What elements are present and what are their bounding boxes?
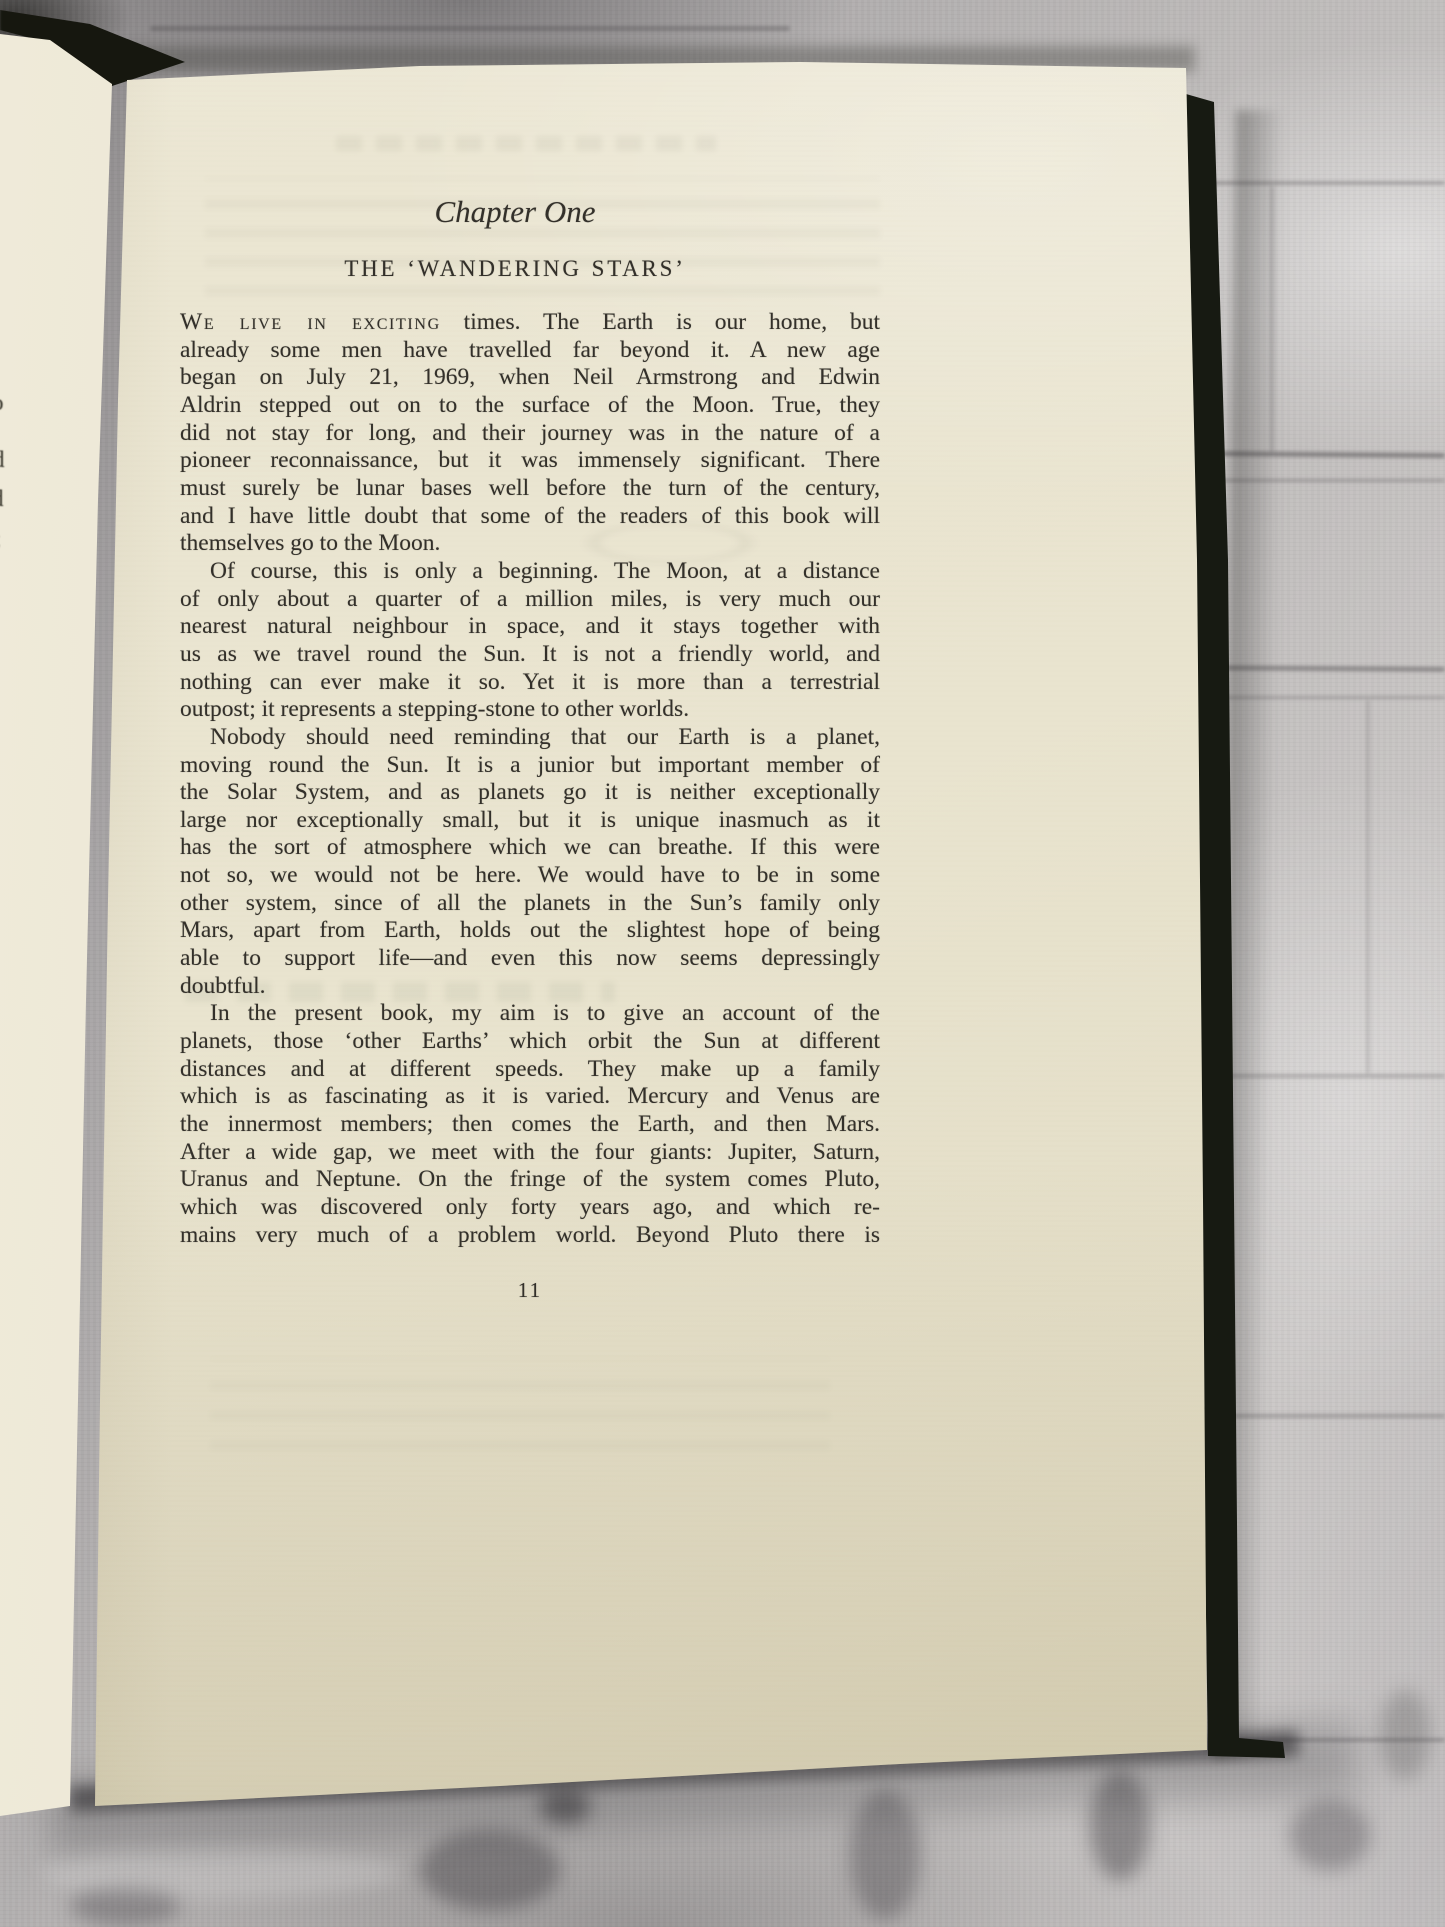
- wall-smudge: [420, 1830, 560, 1910]
- body-line: outpost; it represents a stepping-stone …: [180, 696, 880, 724]
- body-line: and I have little doubt that some of the…: [180, 503, 880, 531]
- body-line: able to support life—and even this now s…: [180, 945, 880, 973]
- body-line: large nor exceptionally small, but it is…: [180, 807, 880, 835]
- small-caps-lead: We live in exciting: [180, 309, 441, 335]
- wall-highlight: [40, 1848, 400, 1898]
- body-line: not so, we would not be here. We would h…: [180, 862, 880, 890]
- mortar-line: [150, 26, 790, 31]
- body-line: us as we travel round the Sun. It is not…: [180, 641, 880, 669]
- body-text: We live in exciting times. The Earth is …: [180, 309, 880, 1249]
- body-line: Uranus and Neptune. On the fringe of the…: [180, 1166, 880, 1194]
- body-line: planets, those ‘other Earths’ which orbi…: [180, 1028, 880, 1056]
- body-line: other system, since of all the planets i…: [180, 890, 880, 918]
- body-line: Of course, this is only a beginning. The…: [180, 558, 880, 586]
- body-line: of only about a quarter of a million mil…: [180, 586, 880, 614]
- body-line: which is as fascinating as it is varied.…: [180, 1083, 880, 1111]
- body-line: In the present book, my aim is to give a…: [180, 1000, 880, 1028]
- body-line: Mars, apart from Earth, holds out the sl…: [180, 917, 880, 945]
- wall-smudge: [1380, 1690, 1430, 1780]
- body-line: which was discovered only forty years ag…: [180, 1194, 880, 1222]
- body-line: We live in exciting times. The Earth is …: [180, 309, 880, 337]
- page-number: 11: [180, 1278, 880, 1303]
- body-line: Nobody should need reminding that our Ea…: [180, 724, 880, 752]
- body-line: began on July 21, 1969, when Neil Armstr…: [180, 364, 880, 392]
- book-photo: Chapter One THE ‘WANDERING STARS’ We liv…: [0, 0, 1445, 1927]
- chapter-heading: Chapter One: [165, 192, 865, 232]
- body-line: nothing can ever make it so. Yet it is m…: [180, 669, 880, 697]
- wall-smudge: [1290, 1800, 1370, 1870]
- body-line: already some men have travelled far beyo…: [180, 337, 880, 365]
- body-line: did not stay for long, and their journey…: [180, 420, 880, 448]
- body-line: distances and at different speeds. They …: [180, 1056, 880, 1084]
- body-line: the Solar System, and as planets go it i…: [180, 779, 880, 807]
- body-line: must surely be lunar bases well before t…: [180, 475, 880, 503]
- body-line: moving round the Sun. It is a junior but…: [180, 752, 880, 780]
- mortar-line: [1196, 181, 1445, 185]
- ink-bleedthrough: [336, 136, 716, 151]
- mortar-joint-vertical: [1366, 700, 1370, 1074]
- body-line: Aldrin stepped out on to the surface of …: [180, 392, 880, 420]
- body-line: the innermost members; then comes the Ea…: [180, 1111, 880, 1139]
- body-line: mains very much of a problem world. Beyo…: [180, 1222, 880, 1250]
- body-line: pioneer reconnaissance, but it was immen…: [180, 447, 880, 475]
- body-line: nearest natural neighbour in space, and …: [180, 613, 880, 641]
- body-line: After a wide gap, we meet with the four …: [180, 1139, 880, 1167]
- body-line: has the sort of atmosphere which we can …: [180, 834, 880, 862]
- body-line: doubtful.: [180, 973, 880, 1001]
- ink-bleedthrough: [210, 1358, 830, 1450]
- chapter-title: THE ‘WANDERING STARS’: [165, 253, 865, 285]
- body-line: themselves go to the Moon.: [180, 530, 880, 558]
